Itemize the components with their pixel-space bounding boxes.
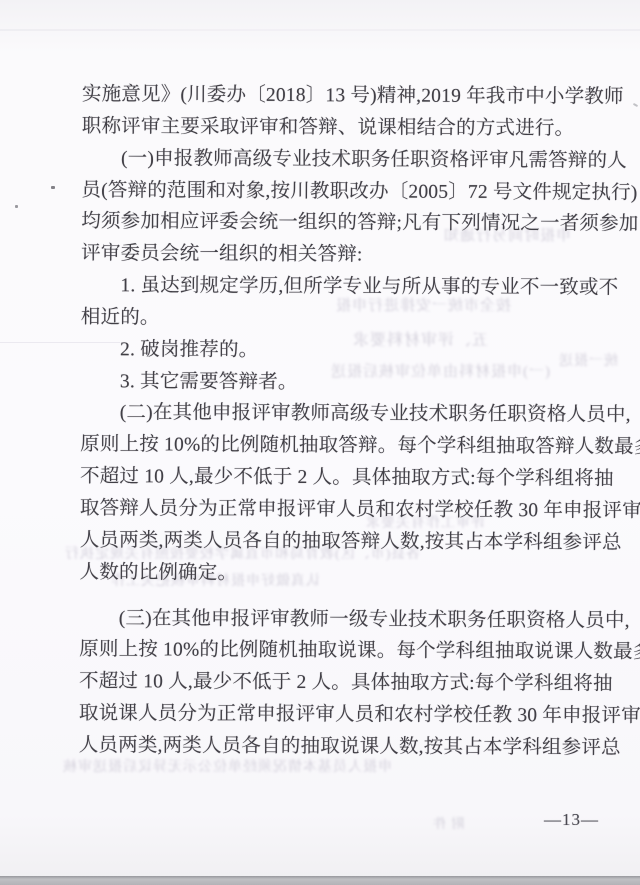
text-line: 取说课人员分为正常申报评审人员和农村学校任教 30 年申报评审 — [79, 698, 631, 733]
scan-speck — [15, 205, 18, 208]
text-line: 不超过 10 人,最少不低于 2 人。具体抽取方式:每个学科组将抽 — [80, 461, 632, 496]
text-line: 原则上按 10%的比例随机抽取答辩。每个学科组抽取答辩人数最多 — [80, 429, 632, 464]
page-number: —13— — [544, 810, 599, 830]
text-line: 人员两类,两类人员各自的抽取答辩人数,按其占本学科组参评总 — [80, 525, 632, 560]
text-line: 员(答辩的范围和对象,按川教职改办〔2005〕72 号文件规定执行) — [81, 175, 633, 210]
text-line: (三)在其他申报评审教师一级专业技术职务任职资格人员中, — [79, 602, 631, 637]
text-line: 职称评审主要采取评审和答辩、说课相结合的方式进行。 — [82, 111, 634, 146]
text-line: 原则上按 10%的比例随机抽取说课。每个学科组抽取说课人数最多 — [79, 634, 631, 669]
text-line: 相近的。 — [81, 302, 633, 337]
text-line: 实施意见》(川委办〔2018〕13 号)精神,2019 年我市中小学教师 — [82, 79, 634, 114]
text-line: 均须参加相应评委会统一组织的答辩;凡有下列情况之一者须参加 — [81, 206, 633, 241]
text-line: 评审委员会统一组织的相关答辩: — [81, 238, 633, 273]
scan-band — [0, 29, 640, 31]
text-line: 不超过 10 人,最少不低于 2 人。具体抽取方式:每个学科组将抽 — [79, 666, 631, 701]
scan-speck — [51, 186, 55, 189]
text-line: 3. 其它需要答辩者。 — [80, 366, 632, 401]
text-line: (二)在其他申报评审教师高级专业技术职务任职资格人员中, — [80, 397, 632, 432]
text-line: 取答辩人员分为正常申报评审人员和农村学校任教 30 年申报评审 — [80, 493, 632, 528]
text-line: (一)申报教师高级专业技术职务任职资格评审凡需答辩的人 — [82, 143, 634, 178]
text-line: 2. 破岗推荐的。 — [81, 334, 633, 369]
text-line: 人数的比例确定。 — [80, 557, 632, 592]
text-line: 人员两类,两类人员各自的抽取说课人数,按其占本学科组参评总 — [79, 730, 631, 765]
document-body: 实施意见》(川委办〔2018〕13 号)精神,2019 年我市中小学教师 职称评… — [79, 79, 634, 764]
text-line: 1. 虽达到规定学历,但所学专业与所从事的专业不一致或不 — [81, 270, 633, 305]
scanned-page: 申报时间另行通知 按全市统一安排进行申报 五、评审材料要求 (一)申报材料由单位… — [0, 0, 640, 885]
bleedthrough-text: 附 件 — [432, 813, 464, 832]
scanner-edge — [0, 876, 640, 885]
